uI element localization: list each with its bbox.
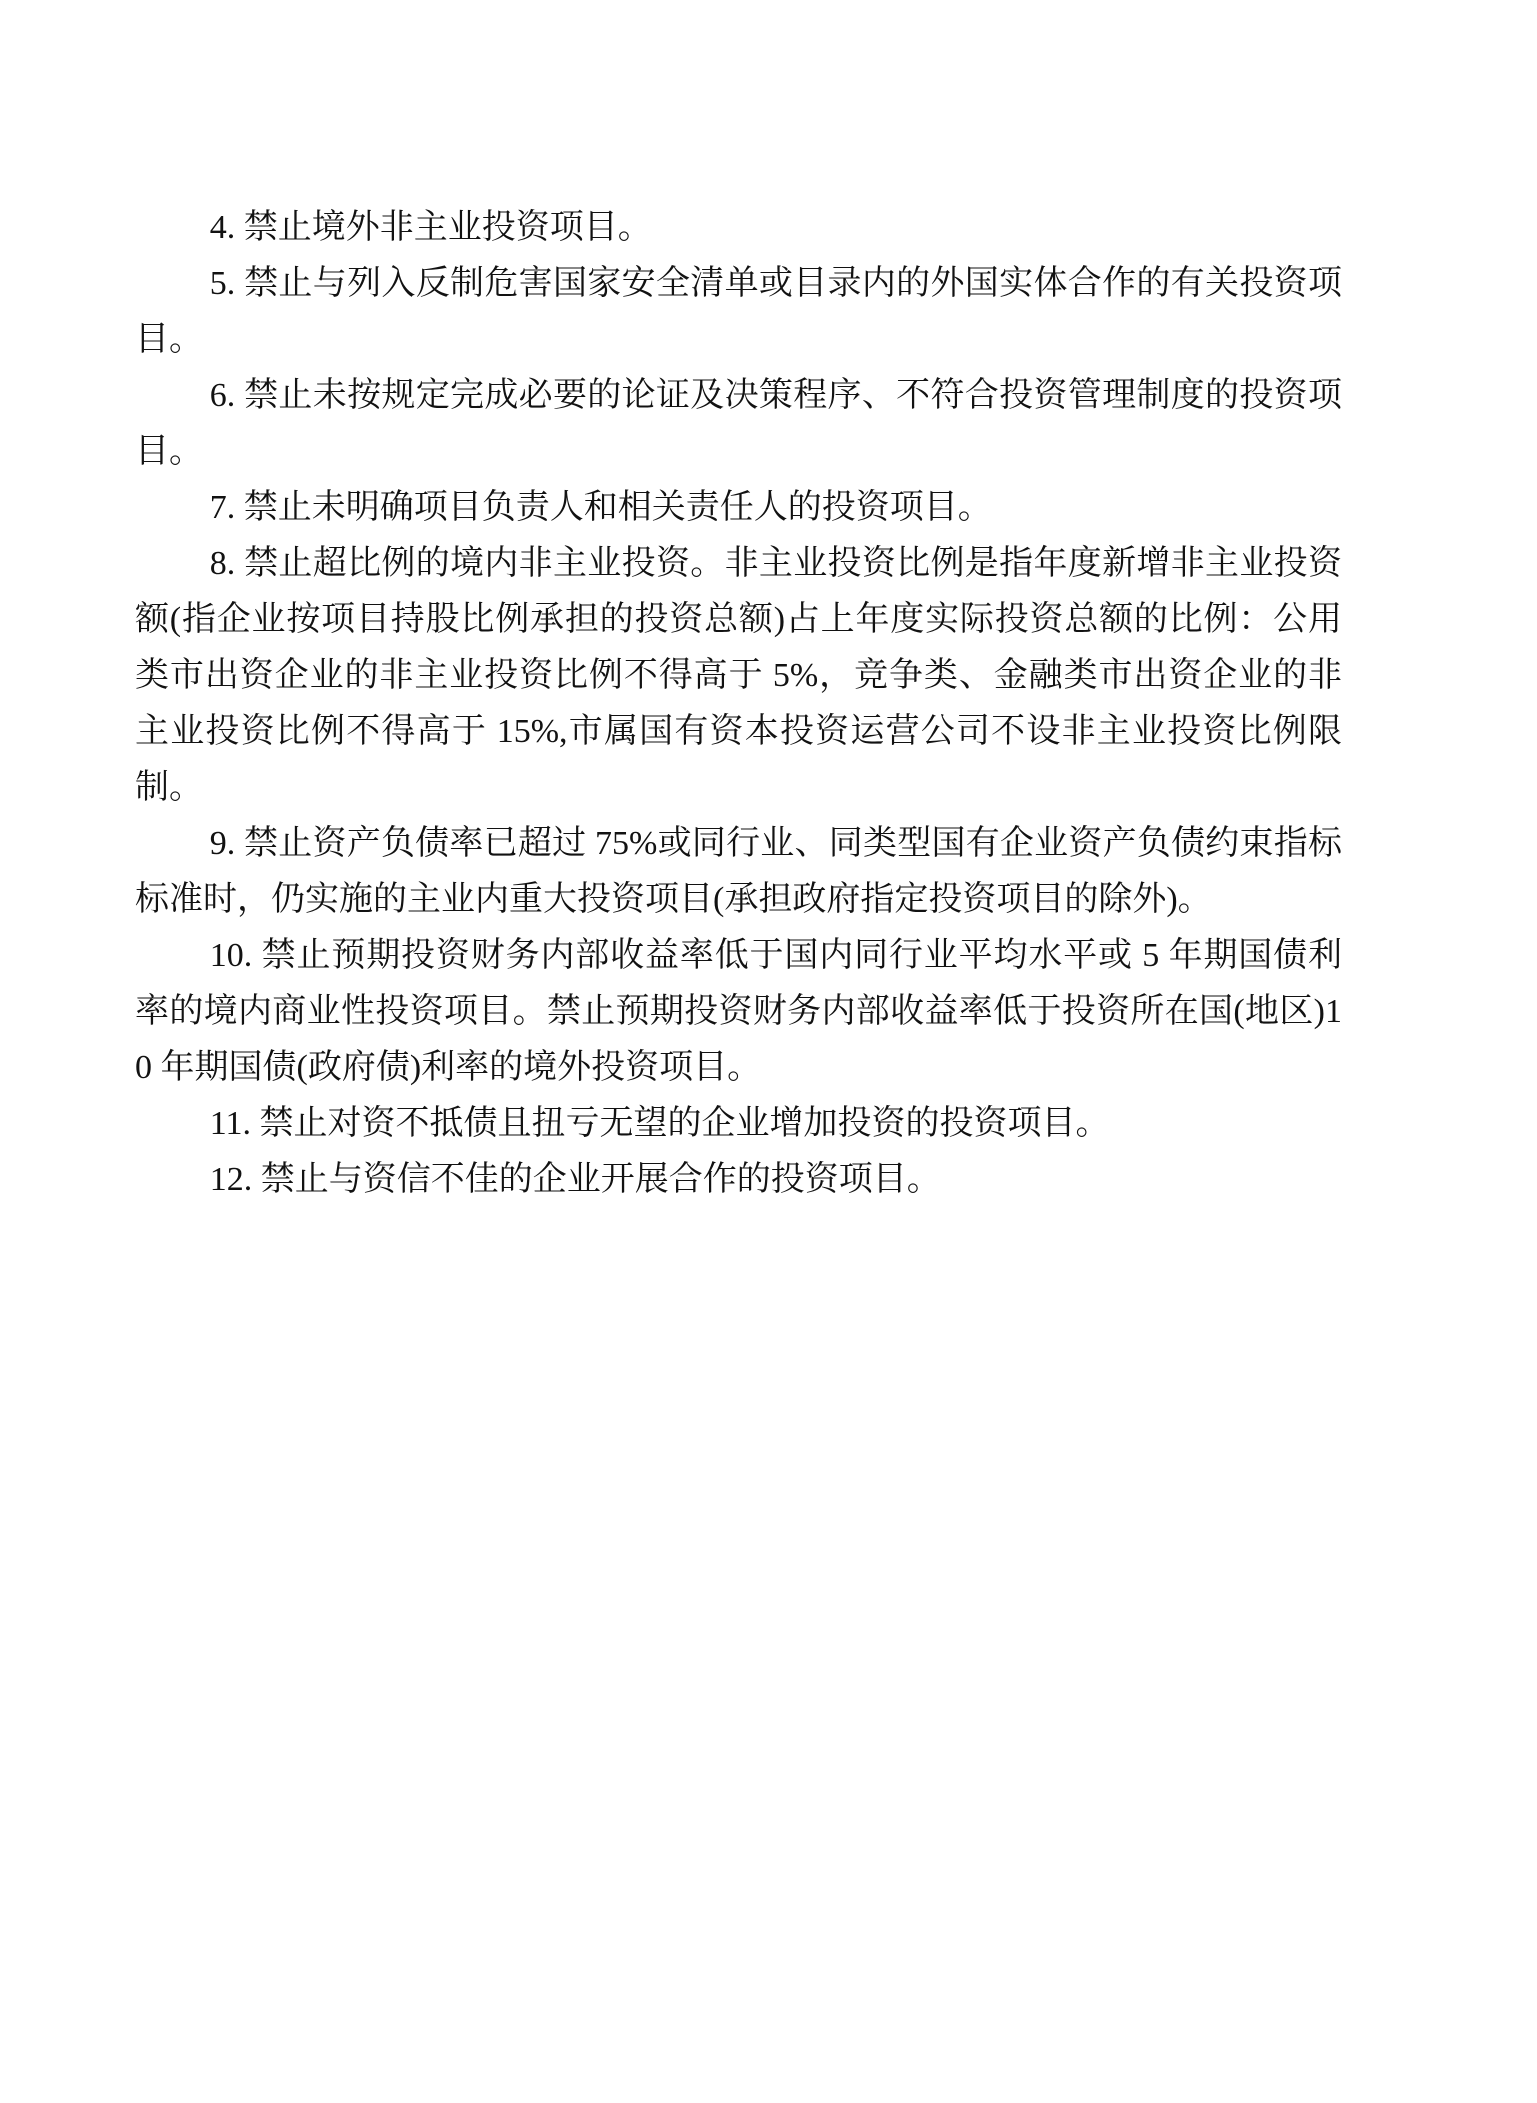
list-item-11: 11. 禁止对资不抵债且扭亏无望的企业增加投资的投资项目。 bbox=[135, 1096, 1342, 1152]
document-page: 4. 禁止境外非主业投资项目。 5. 禁止与列入反制危害国家安全清单或目录内的外… bbox=[0, 0, 1537, 2103]
list-item-4: 4. 禁止境外非主业投资项目。 bbox=[135, 200, 1342, 256]
list-item-7: 7. 禁止未明确项目负责人和相关责任人的投资项目。 bbox=[135, 480, 1342, 536]
document-body: 4. 禁止境外非主业投资项目。 5. 禁止与列入反制危害国家安全清单或目录内的外… bbox=[135, 200, 1342, 1208]
list-item-12: 12. 禁止与资信不佳的企业开展合作的投资项目。 bbox=[135, 1152, 1342, 1208]
list-item-5: 5. 禁止与列入反制危害国家安全清单或目录内的外国实体合作的有关投资项目。 bbox=[135, 256, 1342, 368]
list-item-6: 6. 禁止未按规定完成必要的论证及决策程序、不符合投资管理制度的投资项目。 bbox=[135, 368, 1342, 480]
list-item-10: 10. 禁止预期投资财务内部收益率低于国内同行业平均水平或 5 年期国债利率的境… bbox=[135, 928, 1342, 1096]
list-item-9: 9. 禁止资产负债率已超过 75%或同行业、同类型国有企业资产负债约束指标标准时… bbox=[135, 816, 1342, 928]
list-item-8: 8. 禁止超比例的境内非主业投资。非主业投资比例是指年度新增非主业投资额(指企业… bbox=[135, 536, 1342, 816]
